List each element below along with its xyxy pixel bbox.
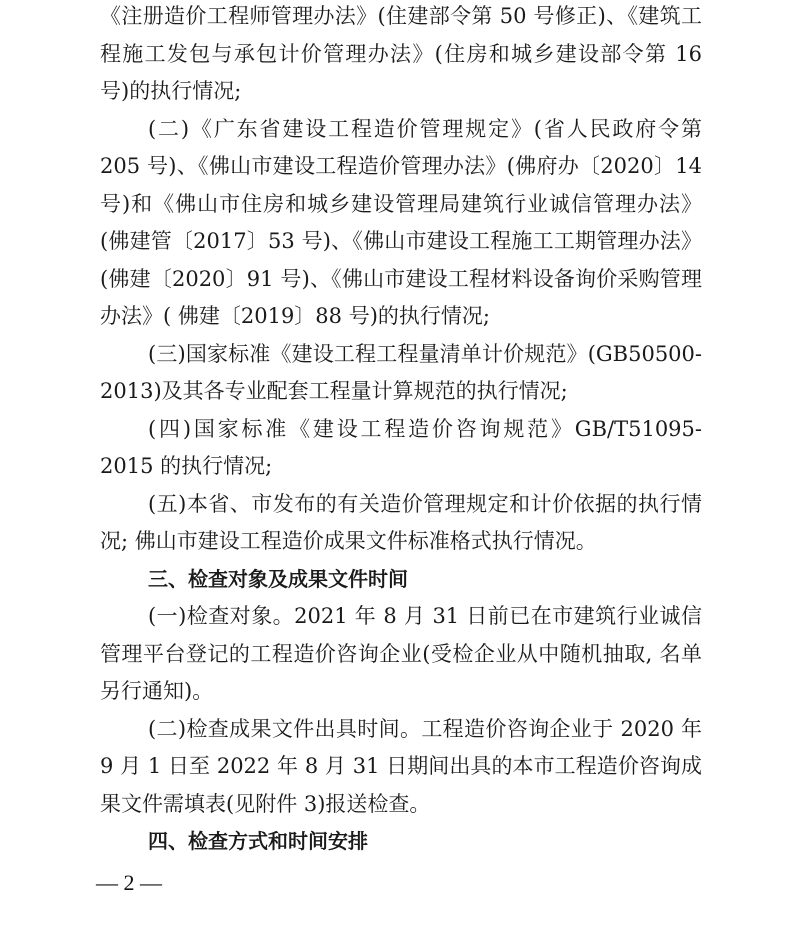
paragraph-item-5-provincial-city-rules: (五)本省、市发布的有关造价管理规定和计价依据的执行情况; 佛山市建设工程造价成…: [100, 486, 702, 561]
paragraph-item-2-guangdong-foshan-rules: (二)《广东省建设工程造价管理规定》(省人民政府令第 205 号)、《佛山市建设…: [100, 111, 702, 336]
section-heading-4: 四、检查方式和时间安排: [100, 823, 702, 861]
paragraph-item-3-national-standard-bill-of-quantities: (三)国家标准《建设工程工程量清单计价规范》(GB50500-2013)及其各专…: [100, 336, 702, 411]
paragraph-inspection-targets: (一)检查对象。2021 年 8 月 31 日前已在市建筑行业诚信管理平台登记的…: [100, 598, 702, 711]
document-page: 《注册造价工程师管理办法》(住建部令第 50 号修正)、《建筑工程施工发包与承包…: [100, 0, 702, 861]
paragraph-document-issue-period: (二)检查成果文件出具时间。工程造价咨询企业于 2020 年 9 月 1 日至 …: [100, 711, 702, 824]
section-heading-3: 三、检查对象及成果文件时间: [100, 561, 702, 599]
paragraph-item-4-national-standard-consulting: (四)国家标准《建设工程造价咨询规范》GB/T51095-2015 的执行情况;: [100, 411, 702, 486]
paragraph-regulations-continued: 《注册造价工程师管理办法》(住建部令第 50 号修正)、《建筑工程施工发包与承包…: [100, 0, 702, 111]
page-number: — 2 —: [96, 870, 162, 896]
